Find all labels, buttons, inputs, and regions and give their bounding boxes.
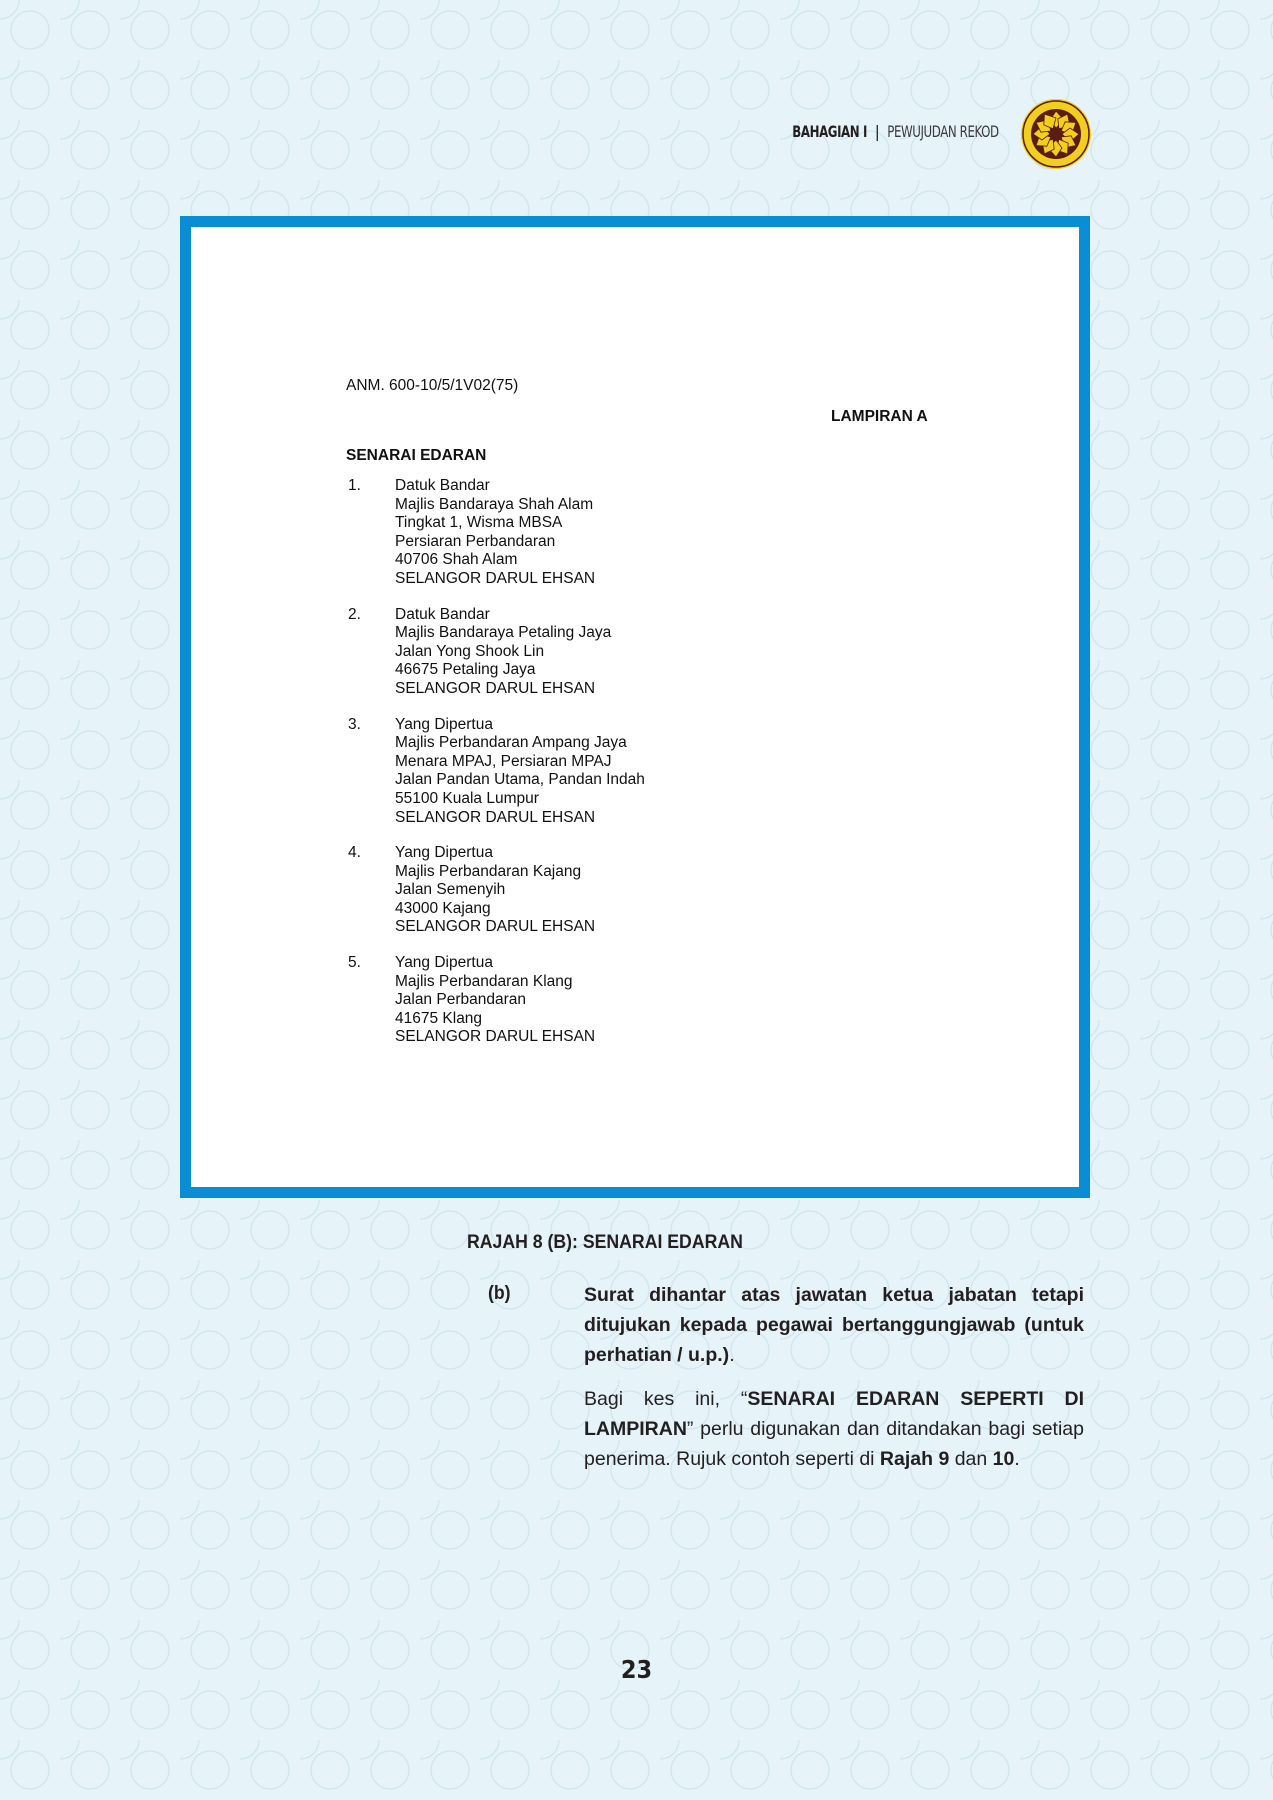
address-line: Jalan Yong Shook Lin xyxy=(395,643,645,662)
item-paragraph: Bagi kes ini, “SENARAI EDARAN SEPERTI DI… xyxy=(584,1384,1084,1474)
address-line: SELANGOR DARUL EHSAN xyxy=(395,809,645,828)
address-line: Jalan Pandan Utama, Pandan Indah xyxy=(395,771,645,790)
para-text: dan xyxy=(949,1448,992,1470)
figure-frame: ANM. 600-10/5/1V02(75) LAMPIRAN A SENARA… xyxy=(180,216,1090,1198)
address-line: 40706 Shah Alam xyxy=(395,551,645,570)
address-line: 46675 Petaling Jaya xyxy=(395,661,645,680)
page-number: 23 xyxy=(0,1655,1273,1684)
recipient-number: 1. xyxy=(348,477,361,496)
recipient-list: 1.Datuk BandarMajlis Bandaraya Shah Alam… xyxy=(346,477,645,1064)
part-label: BAHAGIAN I xyxy=(793,122,868,141)
item-label: (b) xyxy=(488,1283,511,1305)
recipient-item: 4.Yang DipertuaMajlis Perbandaran Kajang… xyxy=(346,844,645,937)
address-line: Majlis Bandaraya Petaling Jaya xyxy=(395,624,645,643)
running-header: BAHAGIAN I|PEWUJUDAN REKOD xyxy=(793,122,999,141)
arkib-negara-logo-icon xyxy=(1020,98,1092,170)
recipient-number: 5. xyxy=(348,954,361,973)
rajah-10-reference: 10 xyxy=(993,1448,1015,1470)
address-line: 55100 Kuala Lumpur xyxy=(395,790,645,809)
recipient-number: 2. xyxy=(348,606,361,625)
address-line: SELANGOR DARUL EHSAN xyxy=(395,680,645,699)
address-line: SELANGOR DARUL EHSAN xyxy=(395,918,645,937)
rajah-9-reference: Rajah 9 xyxy=(880,1448,949,1470)
address-line: Yang Dipertua xyxy=(395,954,645,973)
address-line: Persiaran Perbandaran xyxy=(395,533,645,552)
address-line: Menara MPAJ, Persiaran MPAJ xyxy=(395,753,645,772)
address-line: Datuk Bandar xyxy=(395,477,645,496)
recipient-item: 1.Datuk BandarMajlis Bandaraya Shah Alam… xyxy=(346,477,645,589)
header-separator: | xyxy=(875,122,879,141)
address-line: Yang Dipertua xyxy=(395,716,645,735)
address-line: Majlis Bandaraya Shah Alam xyxy=(395,496,645,515)
address-line: Tingkat 1, Wisma MBSA xyxy=(395,514,645,533)
recipient-number: 3. xyxy=(348,716,361,735)
address-line: Majlis Perbandaran Klang xyxy=(395,973,645,992)
address-line: 41675 Klang xyxy=(395,1010,645,1029)
recipient-item: 5.Yang DipertuaMajlis Perbandaran KlangJ… xyxy=(346,954,645,1047)
para-text: . xyxy=(1014,1448,1019,1470)
section-label: PEWUJUDAN REKOD xyxy=(888,122,999,141)
para-text: Bagi kes ini, “ xyxy=(584,1388,747,1410)
address-line: SELANGOR DARUL EHSAN xyxy=(395,570,645,589)
address-line: SELANGOR DARUL EHSAN xyxy=(395,1028,645,1047)
address-line: Jalan Semenyih xyxy=(395,881,645,900)
address-line: Yang Dipertua xyxy=(395,844,645,863)
recipient-item: 3.Yang DipertuaMajlis Perbandaran Ampang… xyxy=(346,716,645,828)
reference-number: ANM. 600-10/5/1V02(75) xyxy=(346,377,518,396)
item-title-suffix: . xyxy=(729,1344,734,1366)
item-body: Surat dihantar atas jawatan ketua jabata… xyxy=(584,1280,1084,1474)
address-line: Jalan Perbandaran xyxy=(395,991,645,1010)
item-title: Surat dihantar atas jawatan ketua jabata… xyxy=(584,1280,1084,1370)
recipient-number: 4. xyxy=(348,844,361,863)
distribution-list-title: SENARAI EDARAN xyxy=(346,447,486,466)
item-title-text: Surat dihantar atas jawatan ketua jabata… xyxy=(584,1284,1084,1366)
recipient-item: 2.Datuk BandarMajlis Bandaraya Petaling … xyxy=(346,606,645,699)
figure-caption: RAJAH 8 (B): SENARAI EDARAN xyxy=(467,1232,743,1254)
address-line: Majlis Perbandaran Ampang Jaya xyxy=(395,734,645,753)
address-line: Datuk Bandar xyxy=(395,606,645,625)
address-line: 43000 Kajang xyxy=(395,900,645,919)
attachment-label: LAMPIRAN A xyxy=(831,408,928,427)
address-line: Majlis Perbandaran Kajang xyxy=(395,863,645,882)
